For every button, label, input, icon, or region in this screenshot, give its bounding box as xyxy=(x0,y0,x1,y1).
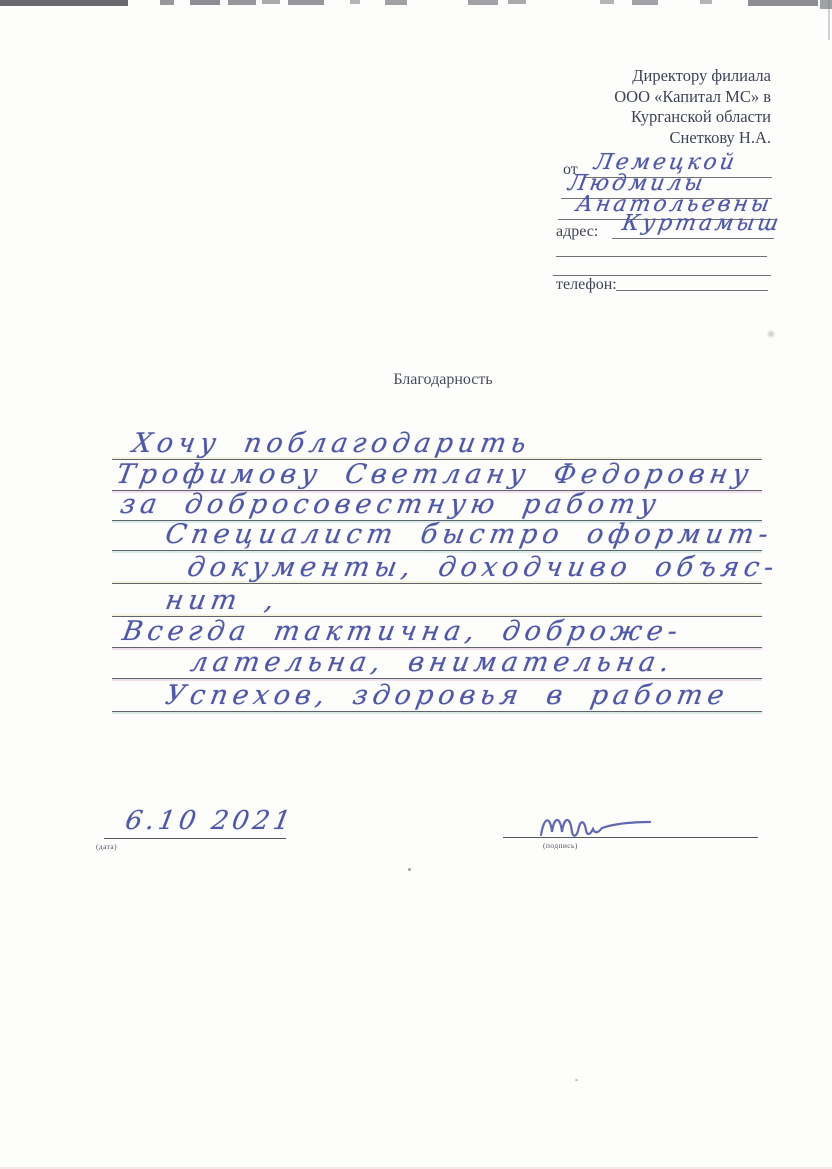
handwritten-body-line: Специалист быстро оформит- xyxy=(163,520,775,550)
ruled-line xyxy=(112,583,762,584)
scan-artifact xyxy=(468,0,498,5)
scan-artifact xyxy=(575,1079,578,1081)
form-line xyxy=(556,256,767,257)
recipient-line: ООО «Капитал МС» в xyxy=(614,87,771,108)
handwritten-address: Куртамыш xyxy=(620,211,783,237)
scan-artifact xyxy=(820,0,832,9)
scan-artifact xyxy=(228,0,256,5)
scan-artifact xyxy=(508,0,526,4)
scan-artifact xyxy=(632,0,658,5)
handwritten-body-line: нит , xyxy=(163,586,281,616)
signature-caption: (подпись) xyxy=(543,841,578,850)
date-caption: (дата) xyxy=(96,842,117,851)
scan-artifact xyxy=(385,0,407,5)
scan-artifact xyxy=(768,331,774,337)
form-line xyxy=(616,290,768,291)
handwritten-body-line: Трофимову Светлану Федоровну xyxy=(114,460,756,490)
signature-line xyxy=(503,837,758,838)
scan-artifact xyxy=(262,0,280,4)
address-label: адрес: xyxy=(556,223,598,241)
scanned-letter-page: Директору филиала ООО «Капитал МС» в Кур… xyxy=(0,0,832,1169)
ruled-line xyxy=(112,678,762,679)
scan-artifact xyxy=(408,868,411,871)
scan-artifact xyxy=(160,0,174,5)
scan-artifact xyxy=(190,0,220,5)
phone-label: телефон: xyxy=(556,276,617,294)
handwritten-body-line: Успехов, здоровья в работе xyxy=(163,681,731,711)
document-title: Благодарность xyxy=(393,371,492,389)
ruled-line xyxy=(112,550,762,551)
scan-artifact xyxy=(288,0,324,5)
scan-artifact xyxy=(0,0,128,6)
recipient-line: Курганской области xyxy=(614,107,771,128)
handwritten-date: 6.10 2021 xyxy=(123,806,297,836)
scan-artifact xyxy=(828,0,830,40)
handwritten-body-line: документы, доходчиво объяс- xyxy=(185,553,781,583)
recipient-block: Директору филиала ООО «Капитал МС» в Кур… xyxy=(614,66,771,148)
ruled-line xyxy=(112,711,762,712)
date-line xyxy=(104,838,286,839)
scan-artifact xyxy=(350,0,360,4)
handwritten-body-line: Всегда тактична, доброже- xyxy=(120,617,685,647)
recipient-line: Директору филиала xyxy=(614,66,771,87)
handwritten-body-line: Хочу поблагодарить xyxy=(130,429,533,459)
handwritten-body-line: за добросовестную работу xyxy=(118,490,663,520)
form-line xyxy=(612,238,774,239)
handwritten-body-line: лательна, внимательна. xyxy=(188,648,676,678)
recipient-line: Снеткову Н.А. xyxy=(614,128,771,149)
scan-artifact xyxy=(700,0,712,4)
scan-artifact xyxy=(600,0,614,4)
scan-artifact xyxy=(748,0,818,6)
